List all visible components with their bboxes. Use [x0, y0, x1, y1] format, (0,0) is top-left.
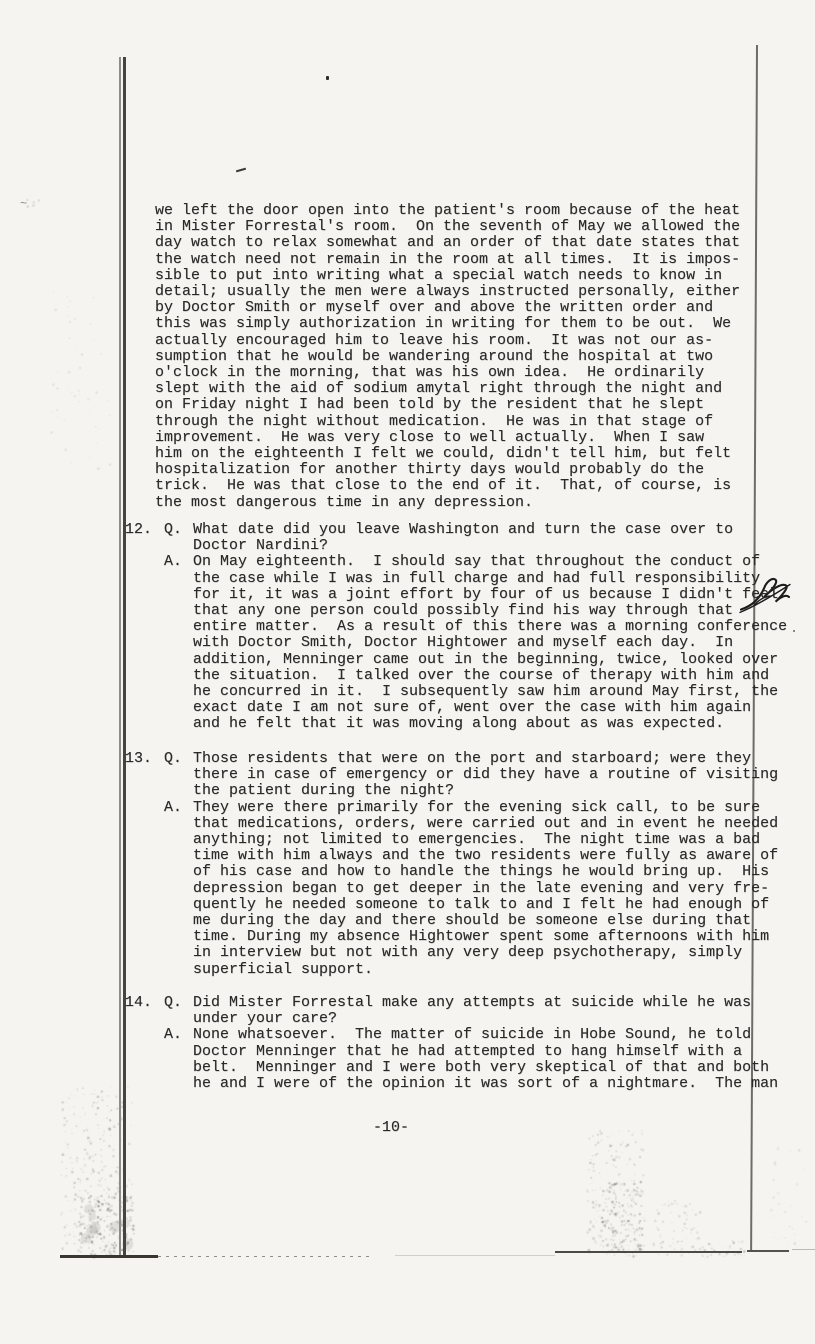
- answer-label: A.: [164, 1027, 193, 1043]
- qa-item-13: 13. Q. Those residents that were on the …: [125, 751, 778, 978]
- question-text: Did Mister Forrestal make any attempts a…: [193, 995, 751, 1027]
- scanned-document-page: ~ we left the door open into the patient…: [0, 0, 815, 1344]
- bottom-edge-rule-segment: [395, 1255, 555, 1256]
- answer-row: A. They were there primarily for the eve…: [125, 800, 778, 978]
- qa-item-12: 12. Q. What date did you leave Washingto…: [125, 522, 787, 733]
- question-label: Q.: [164, 995, 193, 1011]
- binding-rule-left-outer: [119, 57, 121, 1257]
- answer-label: A.: [164, 554, 193, 570]
- bottom-edge-rule-segment: [747, 1250, 789, 1252]
- answer-row: A. On May eighteenth. I should say that …: [125, 554, 787, 732]
- bottom-edge-rule-segment: [158, 1256, 370, 1257]
- stray-margin-mark: ~: [20, 200, 34, 208]
- question-text: Those residents that were on the port an…: [193, 751, 778, 800]
- question-row: 13. Q. Those residents that were on the …: [125, 751, 778, 800]
- answer-row: A. None whatsoever. The matter of suicid…: [125, 1027, 778, 1092]
- answer-text: None whatsoever. The matter of suicide i…: [193, 1027, 778, 1092]
- answer-text: On May eighteenth. I should say that thr…: [193, 554, 787, 732]
- question-number: 13.: [125, 751, 164, 767]
- question-number: 14.: [125, 995, 164, 1011]
- answer-label: A.: [164, 800, 193, 816]
- qa-item-14: 14. Q. Did Mister Forrestal make any att…: [125, 995, 778, 1092]
- bottom-edge-rule-segment: [792, 1249, 815, 1250]
- question-text: What date did you leave Washington and t…: [193, 522, 733, 554]
- question-row: 12. Q. What date did you leave Washingto…: [125, 522, 787, 554]
- question-label: Q.: [164, 522, 193, 538]
- stray-ink-dot: [793, 630, 795, 632]
- question-label: Q.: [164, 751, 193, 767]
- answer-text: They were there primarily for the evenin…: [193, 800, 778, 978]
- stray-ink-speck: [326, 76, 329, 80]
- question-row: 14. Q. Did Mister Forrestal make any att…: [125, 995, 778, 1027]
- bottom-edge-rule-segment: [555, 1251, 742, 1253]
- bottom-edge-rule-segment: [60, 1255, 158, 1258]
- question-number: 12.: [125, 522, 164, 538]
- answer-continuation-paragraph: we left the door open into the patient's…: [155, 203, 740, 511]
- page-number: -10-: [373, 1120, 409, 1136]
